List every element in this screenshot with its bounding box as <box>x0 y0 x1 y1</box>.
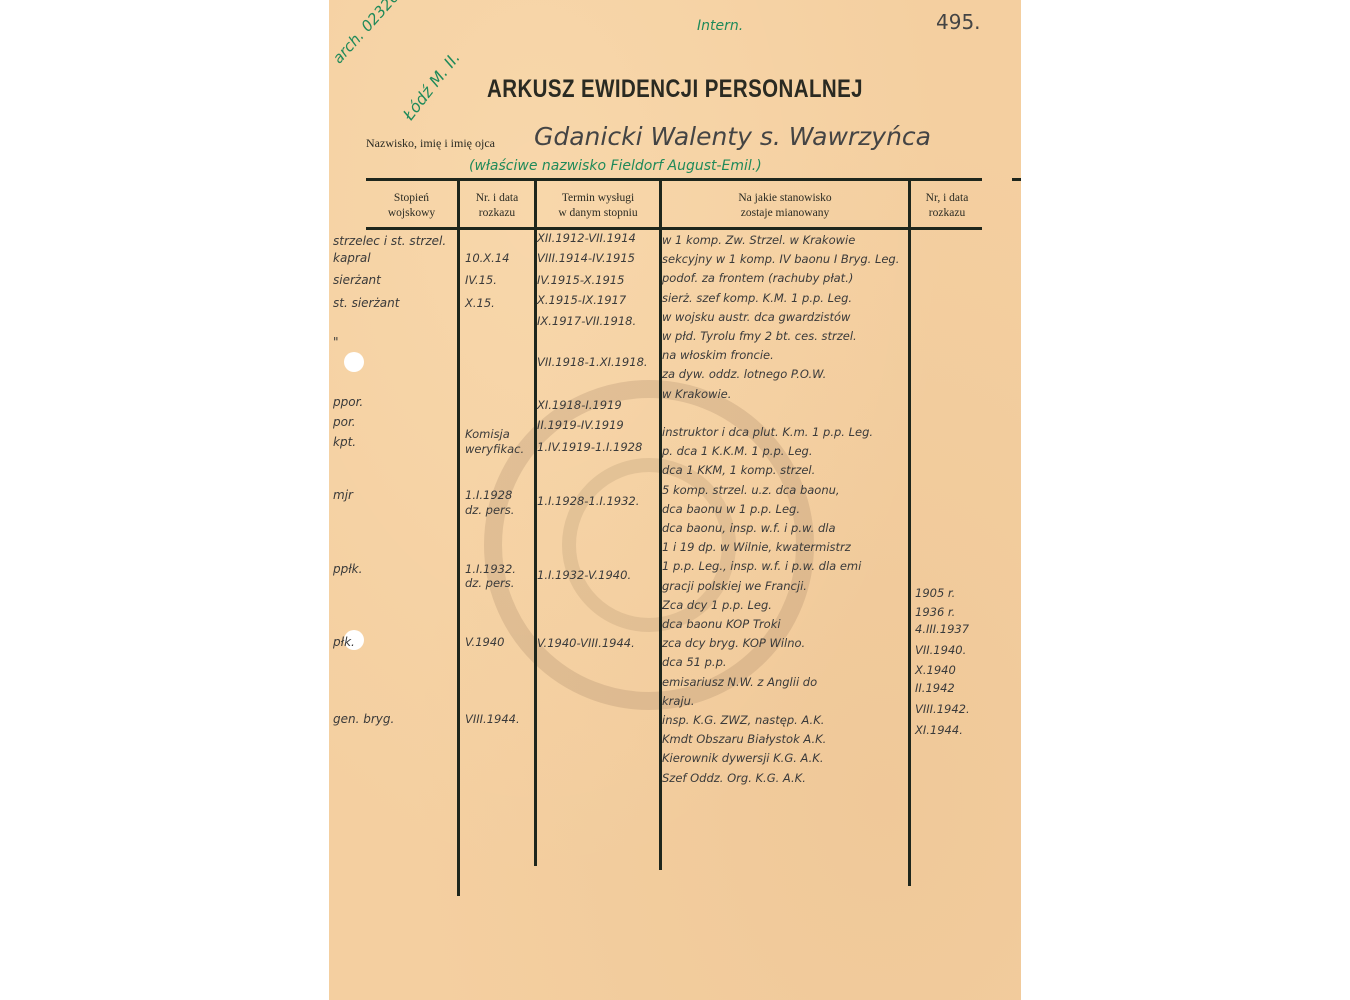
document-page: 495. arch. 02326/48 Łódź M. II. Intern. … <box>329 0 1021 1000</box>
order-entry-2: XI.1944. <box>915 723 963 737</box>
header-service-term: Termin wysługi w danym stopniu <box>537 186 659 226</box>
order-entry-2: X.1940 <box>915 663 956 677</box>
term-entry: VIII.1914-IV.1915 <box>537 251 635 265</box>
order-entry-2: 1905 r. <box>915 586 955 600</box>
order-entry: dz. pers. <box>465 503 514 517</box>
position-entry: za dyw. oddz. lotnego P.O.W. <box>662 365 899 384</box>
name-field-value: Gdanicki Walenty s. Wawrzyńca <box>534 122 931 151</box>
order-entry-2: 4.III.1937 <box>915 622 969 636</box>
order-entry: weryfikac. <box>465 442 524 456</box>
term-entry: II.1919-IV.1919 <box>537 418 624 432</box>
term-entry: X.1915-IX.1917 <box>537 293 626 307</box>
position-column: w 1 komp. Zw. Strzel. w Krakowiesekcyjny… <box>662 231 899 788</box>
position-entry: insp. K.G. ZWZ, następ. A.K. <box>662 711 899 730</box>
position-entry: podof. za frontem (rachuby płat.) <box>662 269 899 288</box>
page-number: 495. <box>936 10 981 34</box>
order-entry-2: II.1942 <box>915 681 955 695</box>
rank-entry: płk. <box>333 635 355 649</box>
table-header-rule <box>366 227 931 230</box>
position-entry: na włoskim froncie. <box>662 346 899 365</box>
term-entry: 1.IV.1919-1.I.1928 <box>537 440 642 454</box>
position-entry: p. dca 1 K.K.M. 1 p.p. Leg. <box>662 442 899 461</box>
term-entry: VII.1918-1.XI.1918. <box>537 355 648 369</box>
position-entry: dca baonu KOP Troki <box>662 615 899 634</box>
rank-entry: por. <box>333 415 356 429</box>
rank-entry: " <box>333 335 339 349</box>
order-entry-2: 1936 r. <box>915 605 955 619</box>
header-order-number-2: Nr, i data rozkazu <box>911 186 983 226</box>
position-entry: dca baonu w 1 p.p. Leg. <box>662 500 899 519</box>
position-entry: dca 1 KKM, 1 komp. strzel. <box>662 461 899 480</box>
order-entry: dz. pers. <box>465 576 514 590</box>
position-entry: zca dcy bryg. KOP Wilno. <box>662 634 899 653</box>
position-entry: w wojsku austr. dca gwardzistów <box>662 308 899 327</box>
rank-entry: strzelec i st. strzel. <box>333 234 446 248</box>
rank-entry: ppor. <box>333 395 363 409</box>
position-entry: dca 51 p.p. <box>662 653 899 672</box>
order-entry: 1.I.1928 <box>465 488 512 502</box>
rank-entry: kpt. <box>333 435 356 449</box>
position-entry: Szef Oddz. Org. K.G. A.K. <box>662 769 899 788</box>
order-entry: V.1940 <box>465 635 504 649</box>
position-entry: Kmdt Obszaru Białystok A.K. <box>662 730 899 749</box>
position-entry: sierż. szef komp. K.M. 1 p.p. Leg. <box>662 289 899 308</box>
position-entry: kraju. <box>662 692 899 711</box>
archive-reference-annotation: arch. 02326/48 <box>329 0 419 67</box>
position-entry: Kierownik dywersji K.G. A.K. <box>662 749 899 768</box>
column-divider <box>908 178 911 886</box>
order-entry: Komisja <box>465 427 510 441</box>
position-entry: 1 p.p. Leg., insp. w.f. i p.w. dla emi <box>662 557 899 576</box>
rank-entry: sierżant <box>333 273 381 287</box>
intern-annotation: Intern. <box>697 18 743 34</box>
term-entry: V.1940-VIII.1944. <box>537 636 635 650</box>
rank-entry: kapral <box>333 251 371 265</box>
term-entry: IX.1917-VII.1918. <box>537 314 636 328</box>
order-entry: X.15. <box>465 296 495 310</box>
term-entry: IV.1915-X.1915 <box>537 273 624 287</box>
header-order-number: Nr. i data rozkazu <box>460 186 534 226</box>
position-entry: w płd. Tyrolu fmy 2 bt. ces. strzel. <box>662 327 899 346</box>
order-entry-2: VII.1940. <box>915 643 966 657</box>
term-entry: XI.1918-I.1919 <box>537 398 622 412</box>
order-entry: 1.I.1932. <box>465 562 516 576</box>
position-entry: 1 i 19 dp. w Wilnie, kwatermistrz <box>662 538 899 557</box>
position-entry: Zca dcy 1 p.p. Leg. <box>662 596 899 615</box>
term-entry: 1.I.1932-V.1940. <box>537 568 631 582</box>
name-field-label: Nazwisko, imię i imię ojca <box>366 136 495 151</box>
order-entry: IV.15. <box>465 273 497 287</box>
rank-entry: st. sierżant <box>333 296 399 310</box>
document-title: ARKUSZ EWIDENCJI PERSONALNEJ <box>391 75 958 104</box>
term-entry: XII.1912-VII.1914 <box>537 231 636 245</box>
position-entry: gracji polskiej we Francji. <box>662 577 899 596</box>
column-divider <box>457 178 460 896</box>
real-name-note: (właściwe nazwisko Fieldorf August-Emil.… <box>469 158 762 174</box>
position-entry: w Krakowie. <box>662 385 899 404</box>
order-entry: 10.X.14 <box>465 251 509 265</box>
position-entry: w 1 komp. Zw. Strzel. w Krakowie <box>662 231 899 250</box>
header-position: Na jakie stanowisko zostaje mianowany <box>662 186 908 226</box>
term-entry: 1.I.1928-1.I.1932. <box>537 494 639 508</box>
position-entry: dca baonu, insp. w.f. i p.w. dla <box>662 519 899 538</box>
rank-entry: gen. bryg. <box>333 712 394 726</box>
position-entry <box>662 404 899 423</box>
order-entry-2: VIII.1942. <box>915 702 970 716</box>
position-entry: 5 komp. strzel. u.z. dca baonu, <box>662 481 899 500</box>
position-entry: emisariusz N.W. z Anglii do <box>662 673 899 692</box>
position-entry: instruktor i dca plut. K.m. 1 p.p. Leg. <box>662 423 899 442</box>
punch-hole <box>344 352 364 372</box>
header-rank: Stopień wojskowy <box>366 186 457 226</box>
rank-entry: ppłk. <box>333 562 362 576</box>
position-entry: sekcyjny w 1 komp. IV baonu I Bryg. Leg. <box>662 250 899 269</box>
rank-entry: mjr <box>333 488 353 502</box>
order-entry: VIII.1944. <box>465 712 520 726</box>
